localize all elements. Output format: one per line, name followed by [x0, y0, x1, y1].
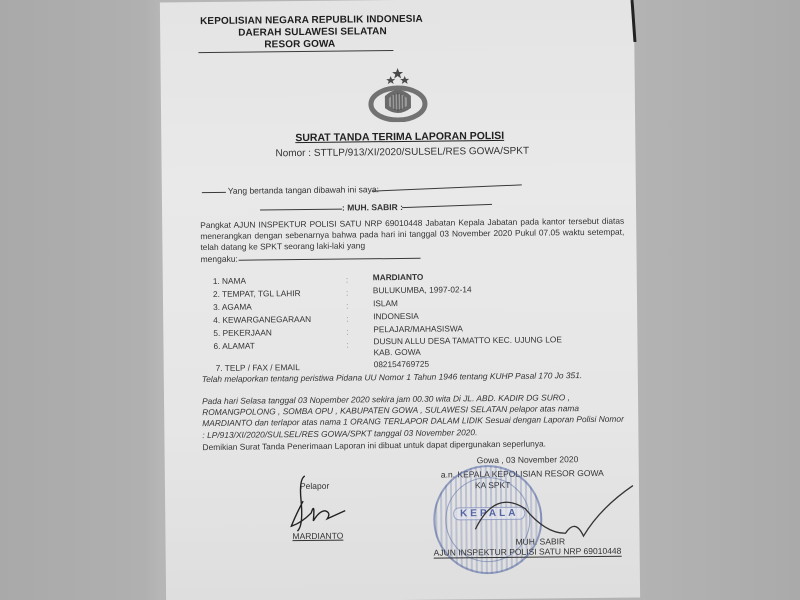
field-value-tempat-tgl-lahir: BULUKUMBA, 1997-02-14	[373, 284, 472, 295]
field-label-agama: 3. AGAMA	[213, 302, 252, 312]
police-report-receipt-document: KEPOLISIAN NEGARA REPUBLIK INDONESIA DAE…	[160, 0, 640, 600]
signature-place-date: Gowa , 03 November 2020	[477, 454, 579, 465]
reporter-name: MARDIANTO	[292, 531, 343, 542]
field-label-kewarganegaraan: 4. KEWARGANEGARAAN	[213, 314, 311, 325]
statement-end-rule	[239, 258, 421, 261]
field-colon: :	[346, 314, 348, 324]
field-colon: :	[346, 275, 348, 285]
document-title: SURAT TANDA TERIMA LAPORAN POLISI	[295, 130, 504, 144]
header-line3: RESOR GOWA	[264, 39, 335, 51]
field-value-kewarganegaraan: INDONESIA	[373, 311, 419, 321]
field-colon: :	[346, 301, 348, 311]
header-divider	[198, 50, 393, 53]
field-value-nama: MARDIANTO	[373, 272, 424, 283]
paragraph-officer-statement-end: mengaku:	[201, 254, 238, 264]
field-label-telp: 7. TELP / FAX / EMAIL	[216, 362, 300, 373]
field-label-tempat-tgl-lahir: 2. TEMPAT, TGL LAHIR	[213, 288, 301, 299]
officer-rule-right	[402, 204, 492, 208]
field-label-pekerjaan: 5. PEKERJAAN	[213, 327, 272, 338]
field-value-pekerjaan: PELAJAR/MAHASISWA	[373, 323, 463, 334]
field-value-agama: ISLAM	[373, 298, 398, 308]
field-value-alamat-line2: KAB. GOWA	[373, 347, 420, 357]
officer-rule-left	[260, 209, 342, 211]
officer-name-signature: MUH. SABIR	[515, 536, 565, 547]
field-value-telp: 082154769725	[374, 359, 429, 370]
intro-rule-left	[202, 192, 226, 193]
field-label-nama: 1. NAMA	[213, 276, 246, 286]
reporter-identity-table: 1. NAMA : MARDIANTO 2. TEMPAT, TGL LAHIR…	[160, 0, 634, 2]
officer-rank-nrp: AJUN INSPEKTUR POLISI SATU NRP 69010448	[434, 546, 622, 559]
field-colon: :	[346, 288, 348, 298]
header-line2: DAERAH SULAWESI SELATAN	[238, 26, 387, 39]
field-label-alamat: 6. ALAMAT	[213, 341, 254, 351]
paragraph-incident-details: Pada hari Selasa tanggal 03 Nopember 202…	[202, 392, 626, 441]
police-emblem-icon	[368, 66, 429, 123]
paragraph-officer-statement: Pangkat AJUN INSPEKTUR POLISI SATU NRP 6…	[200, 216, 624, 254]
intro-text: Yang bertanda tangan dibawah ini saya:	[228, 184, 379, 196]
field-value-alamat: DUSUN ALLU DESA TAMATTO KEC. UJUNG LOE	[373, 334, 562, 346]
header-line1: KEPOLISIAN NEGARA REPUBLIK INDONESIA	[200, 14, 423, 27]
officer-name-heading: : MUH. SABIR :	[342, 202, 403, 213]
field-colon: :	[346, 327, 348, 337]
document-number: Nomor : STTLP/913/XI/2020/SULSEL/RES GOW…	[275, 146, 529, 160]
field-colon: :	[346, 340, 348, 350]
intro-rule-right	[372, 184, 522, 191]
